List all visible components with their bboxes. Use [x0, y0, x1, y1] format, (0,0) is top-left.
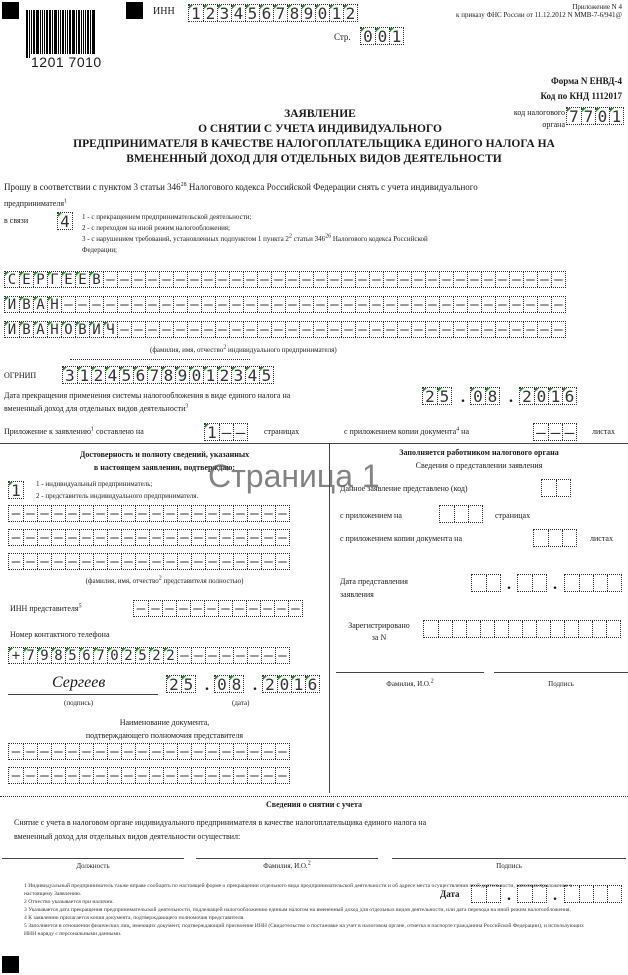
text: на	[459, 427, 469, 436]
input-cell: –	[247, 530, 261, 545]
signature-date-month[interactable]: 08	[214, 675, 244, 693]
input-cell: –	[313, 297, 327, 312]
input-cell: –	[411, 272, 425, 287]
input-cell: +	[9, 648, 23, 663]
deregistration-fio-line	[196, 858, 378, 859]
input-cell	[606, 621, 620, 637]
input-cell: 1	[389, 28, 403, 44]
input-cell: –	[537, 272, 551, 287]
submission-date-year[interactable]	[564, 574, 622, 592]
input-cell: 5	[437, 388, 451, 404]
title-line-4: ВМЕНЕННЫЙ ДОХОД ДЛЯ ОТДЕЛЬНЫХ ВИДОВ ДЕЯТ…	[0, 152, 628, 167]
input-cell: –	[218, 601, 232, 616]
input-cell: –	[117, 322, 131, 337]
input-cell: –	[425, 322, 439, 337]
barcode-bar	[67, 10, 68, 58]
input-cell: –	[439, 322, 453, 337]
input-cell: –	[191, 554, 205, 569]
input-cell: –	[135, 506, 149, 521]
ogrnip-label: ОГРНИП	[4, 371, 36, 380]
input-cell: Е	[61, 272, 75, 287]
barcode-number: 1201 7010	[30, 54, 103, 70]
input-cell: –	[271, 322, 285, 337]
authority-copy-label: с приложением копии документа на	[340, 534, 462, 543]
barcode-bar	[62, 10, 64, 58]
input-cell: –	[205, 530, 219, 545]
input-cell: –	[177, 648, 191, 663]
barcode-bar	[60, 10, 61, 58]
input-cell: 3	[231, 367, 245, 383]
reason-label: в связи	[4, 216, 28, 225]
input-cell: В	[19, 322, 33, 337]
input-cell: –	[411, 322, 425, 337]
input-cell: –	[51, 506, 65, 521]
confirm-heading-2: в настоящем заявлении, подтверждаю:	[0, 461, 329, 474]
input-cell: 0	[595, 108, 609, 124]
input-cell	[454, 506, 468, 522]
input-cell: А	[33, 297, 47, 312]
input-cell: 0	[189, 367, 203, 383]
surname-field[interactable]: СЕРГЕЕВ–––––––––––––––––––––––––––––––––	[4, 271, 566, 288]
input-cell: –	[219, 744, 233, 759]
input-cell: –	[219, 648, 233, 663]
signature-date-day[interactable]: 25	[166, 675, 196, 693]
input-cell: –	[37, 744, 51, 759]
input-cell: –	[257, 297, 271, 312]
authority-document-line-1[interactable]: ––––––––––––––––––––	[8, 743, 290, 760]
input-cell: –	[548, 424, 562, 440]
authority-pages-label: с приложением на	[340, 511, 402, 520]
input-cell	[593, 886, 607, 902]
input-cell: –	[219, 768, 233, 783]
input-cell: 1	[609, 108, 623, 124]
input-cell: 0	[315, 5, 329, 21]
input-cell: –	[537, 297, 551, 312]
patronymic-field[interactable]: ИВАНОВИЧ––––––––––––––––––––––––––––––––	[4, 321, 566, 338]
input-cell: –	[89, 297, 103, 312]
representative-name-field[interactable]: ––––––––––––––––––––	[8, 529, 290, 546]
barcode-bars	[26, 10, 116, 58]
input-cell: –	[215, 322, 229, 337]
input-cell: –	[271, 272, 285, 287]
barcode-bar	[31, 10, 32, 58]
input-cell: –	[201, 322, 215, 337]
inn-field[interactable]: 123456789012	[188, 4, 358, 22]
input-cell: –	[107, 554, 121, 569]
input-cell	[424, 621, 438, 637]
input-cell	[593, 575, 607, 591]
section-divider-dotted	[0, 796, 628, 797]
sup: 1	[64, 198, 67, 204]
input-cell: 4	[245, 367, 259, 383]
authority-copy-field[interactable]	[533, 529, 577, 547]
deregistration-text-1: Снятие с учета в налоговом органе индиви…	[14, 816, 624, 830]
input-cell: –	[135, 530, 149, 545]
input-cell: –	[247, 554, 261, 569]
input-cell: 5	[181, 676, 195, 692]
input-cell	[494, 621, 508, 637]
input-cell: 2	[91, 367, 105, 383]
input-cell: 1	[203, 367, 217, 383]
input-cell: –	[37, 554, 51, 569]
input-cell: –	[121, 506, 135, 521]
input-cell: –	[149, 768, 163, 783]
input-cell: –	[163, 744, 177, 759]
input-cell	[534, 530, 548, 546]
input-cell: –	[260, 601, 274, 616]
input-cell: –	[369, 272, 383, 287]
registration-number-field[interactable]	[423, 620, 621, 638]
termination-month[interactable]: 08	[470, 387, 500, 405]
attachment-copy-unit: листах	[592, 427, 615, 436]
input-cell: О	[61, 322, 75, 337]
input-cell: –	[232, 601, 246, 616]
input-cell	[472, 575, 486, 591]
reason-field[interactable]: 4	[57, 212, 73, 230]
input-cell: –	[107, 744, 121, 759]
input-cell: –	[159, 322, 173, 337]
input-cell: –	[275, 530, 289, 545]
input-cell: –	[247, 768, 261, 783]
input-cell: –	[467, 272, 481, 287]
input-cell: –	[145, 322, 159, 337]
input-cell: –	[257, 322, 271, 337]
input-cell: –	[107, 506, 121, 521]
input-cell: –	[467, 297, 481, 312]
barcode: 1201 7010	[26, 10, 116, 70]
input-cell: 2	[520, 388, 534, 404]
name-field[interactable]: ИВАН––––––––––––––––––––––––––––––––––––	[4, 296, 566, 313]
barcode-bar	[92, 10, 95, 58]
input-cell: –	[271, 297, 285, 312]
barcode-bar	[44, 10, 45, 58]
submission-date-day[interactable]	[471, 574, 501, 592]
input-cell: –	[145, 272, 159, 287]
barcode-bar	[58, 10, 59, 58]
input-cell: В	[75, 322, 89, 337]
input-cell: 2	[263, 676, 277, 692]
input-cell: 2	[149, 648, 163, 663]
input-cell: –	[163, 768, 177, 783]
attachment-pages-unit: страницах	[264, 427, 299, 436]
input-cell: –	[205, 744, 219, 759]
input-cell: 1	[548, 388, 562, 404]
input-cell: –	[495, 297, 509, 312]
attachment-copy-label: с приложением копии документа4 на	[344, 427, 469, 436]
authority-pages-unit: страницах	[495, 511, 530, 520]
input-cell: –	[163, 530, 177, 545]
barcode-bar	[36, 10, 39, 58]
input-cell: –	[246, 601, 260, 616]
doc-heading-2: подтверждающего полномочия представителя	[0, 729, 329, 742]
input-cell: –	[299, 297, 313, 312]
input-cell: 9	[175, 367, 189, 383]
request-text-3: предпринимателя	[4, 199, 64, 208]
input-cell: –	[411, 297, 425, 312]
input-cell: –	[148, 601, 162, 616]
authority-subheading: Сведения о представлении заявления	[330, 461, 628, 470]
authority-pages-field[interactable]	[439, 505, 483, 523]
input-cell: –	[523, 322, 537, 337]
input-cell: –	[9, 530, 23, 545]
input-cell: –	[481, 272, 495, 287]
input-cell	[532, 575, 546, 591]
date-caption: (дата)	[232, 699, 249, 707]
title-line-1: ЗАЯВЛЕНИЕ	[60, 107, 580, 122]
input-cell: Н	[47, 297, 61, 312]
text: ИНН представителя	[10, 604, 79, 613]
form-title: ЗАЯВЛЕНИЕ О СНЯТИИ С УЧЕТА ИНДИВИДУАЛЬНО…	[60, 107, 580, 137]
input-cell: –	[261, 506, 275, 521]
input-cell: 5	[245, 5, 259, 21]
input-cell: –	[355, 272, 369, 287]
input-cell: –	[261, 554, 275, 569]
input-cell: 9	[301, 5, 315, 21]
footnotes: 1 Индивидуальный предприниматель также в…	[24, 882, 584, 938]
input-cell: –	[453, 322, 467, 337]
input-cell: –	[51, 554, 65, 569]
termination-date-label: Дата прекращения применения системы нало…	[4, 391, 290, 413]
input-cell: 8	[51, 648, 65, 663]
barcode-bar	[72, 10, 75, 58]
page-number-field[interactable]: 001	[360, 27, 404, 45]
input-cell: –	[37, 506, 51, 521]
doc-heading: Наименование документа, подтверждающего …	[0, 716, 329, 742]
knd-code: Код по КНД 1112017	[540, 91, 622, 101]
input-cell: –	[191, 744, 205, 759]
input-cell: –	[285, 322, 299, 337]
request-text-2: Налогового кодекса Российской Федерации …	[187, 182, 478, 192]
fio-caption: (фамилия, имя, отчество2 индивидуального…	[150, 346, 337, 354]
attachment-copy-field[interactable]: –––	[533, 423, 577, 441]
input-cell: –	[327, 272, 341, 287]
barcode-bar	[90, 10, 91, 58]
appendix-line-1: Приложение N 4	[362, 3, 622, 11]
title-line-2: О СНЯТИИ С УЧЕТА ИНДИВИДУАЛЬНОГО	[60, 122, 580, 137]
input-cell: –	[65, 530, 79, 545]
confirm-heading: Достоверность и полноту сведений, указан…	[0, 448, 329, 474]
reason-option-3-cont: Федерации;	[82, 245, 602, 256]
submitted-code-field[interactable]	[541, 479, 571, 497]
input-cell	[579, 575, 593, 591]
input-cell: –	[121, 554, 135, 569]
input-cell: –	[9, 744, 23, 759]
input-cell: –	[79, 506, 93, 521]
barcode-bar	[78, 10, 80, 58]
confirm-option-2: 2 - представитель индивидуального предпр…	[36, 490, 198, 502]
deregistration-text-2: вмененный доход для отдельных видов деят…	[14, 830, 624, 844]
input-cell: –	[275, 648, 289, 663]
input-cell: В	[19, 297, 33, 312]
input-cell: –	[205, 506, 219, 521]
confirm-heading-1: Достоверность и полноту сведений, указан…	[0, 448, 329, 461]
input-cell: –	[275, 554, 289, 569]
barcode-bar	[65, 10, 66, 58]
sup: 3	[185, 403, 188, 409]
input-cell: –	[229, 322, 243, 337]
footnote: 1 Индивидуальный предприниматель также в…	[24, 882, 584, 898]
input-cell: –	[187, 297, 201, 312]
input-cell: 7	[147, 367, 161, 383]
input-cell: –	[61, 297, 75, 312]
input-cell: –	[288, 601, 302, 616]
attachment-label: Приложение к заявлению1 составлено на	[4, 427, 144, 436]
request-text-1: Прошу в соответствии с пунктом 3 статьи …	[4, 182, 181, 192]
registered-label-1: Зарегистрировано	[334, 620, 424, 632]
input-cell: –	[205, 554, 219, 569]
signature-line	[8, 694, 158, 695]
barcode-bar	[69, 10, 71, 58]
input-cell: –	[551, 322, 565, 337]
input-cell: –	[243, 272, 257, 287]
inn-label: ИНН	[153, 6, 175, 17]
input-cell: –	[233, 554, 247, 569]
ogrnip-field[interactable]: 312456789012345	[62, 366, 274, 384]
representative-inn-field[interactable]: ––––––––––––	[133, 600, 303, 617]
input-cell: –	[103, 297, 117, 312]
input-cell: –	[397, 297, 411, 312]
input-cell: –	[275, 506, 289, 521]
corner-marker-top-left	[2, 2, 19, 19]
barcode-bar	[49, 10, 51, 58]
input-cell: 6	[259, 5, 273, 21]
authority-document-line-2[interactable]: ––––––––––––––––––––	[8, 767, 290, 784]
input-cell: –	[177, 506, 191, 521]
authority-heading: Заполняется работником налогового органа	[330, 448, 628, 457]
text: Налогового кодекса Российской	[331, 235, 428, 243]
input-cell: –	[551, 297, 565, 312]
input-cell: –	[313, 322, 327, 337]
input-cell	[562, 530, 576, 546]
input-cell: 0	[215, 676, 229, 692]
input-cell	[486, 575, 500, 591]
input-cell: –	[145, 297, 159, 312]
input-cell: –	[274, 601, 288, 616]
representative-patronymic-field[interactable]: ––––––––––––––––––––	[8, 553, 290, 570]
authority-copy-unit: листах	[590, 534, 613, 543]
submission-date-month[interactable]	[517, 574, 547, 592]
input-cell: –	[163, 554, 177, 569]
input-cell: 1	[205, 424, 219, 440]
input-cell: –	[247, 648, 261, 663]
input-cell	[556, 480, 570, 496]
input-cell: –	[159, 297, 173, 312]
text: с приложением копии документа	[344, 427, 456, 436]
input-cell: –	[191, 506, 205, 521]
input-cell: –	[159, 272, 173, 287]
input-cell: –	[121, 768, 135, 783]
input-cell: –	[201, 272, 215, 287]
registered-label-2: за N	[334, 632, 424, 644]
input-cell	[542, 480, 556, 496]
text: 3 - с нарушением требований, установленн…	[82, 235, 289, 243]
input-cell: И	[89, 322, 103, 337]
input-cell: –	[149, 506, 163, 521]
input-cell: –	[187, 322, 201, 337]
page-label: Стр.	[334, 32, 351, 42]
input-cell: 6	[305, 676, 319, 692]
input-cell: –	[229, 272, 243, 287]
input-cell: –	[93, 768, 107, 783]
input-cell: –	[341, 297, 355, 312]
input-cell: И	[5, 297, 19, 312]
deregistration-text: Снятие с учета в налоговом органе индиви…	[14, 816, 624, 844]
input-cell: И	[5, 322, 19, 337]
input-cell: Г	[47, 272, 61, 287]
confirm-option-1: 1 - индивидуальный предприниматель;	[36, 478, 198, 490]
input-cell: –	[233, 768, 247, 783]
input-cell: –	[162, 601, 176, 616]
input-cell: 0	[277, 676, 291, 692]
input-cell: –	[176, 601, 190, 616]
input-cell: Р	[33, 272, 47, 287]
input-cell: –	[562, 424, 576, 440]
representative-surname-field[interactable]: ––––––––––––––––––––	[8, 505, 290, 522]
input-cell	[578, 621, 592, 637]
input-cell: –	[79, 530, 93, 545]
input-cell: –	[397, 322, 411, 337]
input-cell: –	[107, 768, 121, 783]
input-cell: 4	[105, 367, 119, 383]
input-cell: 5	[135, 648, 149, 663]
confirm-type-field[interactable]: 1	[8, 481, 24, 499]
input-cell: 1	[189, 5, 203, 21]
column-divider	[329, 443, 330, 793]
request-text-line2: предпринимателя1	[4, 199, 67, 208]
sup: 2	[308, 861, 311, 867]
input-cell: –	[481, 297, 495, 312]
text: Фамилия, И.О.	[263, 862, 307, 870]
input-cell: –	[204, 601, 218, 616]
text: (фамилия, имя, отчество	[86, 577, 159, 585]
registered-label: Зарегистрировано за N	[334, 620, 424, 644]
barcode-bar	[26, 10, 28, 58]
input-cell: 0	[534, 388, 548, 404]
barcode-bar	[52, 10, 53, 58]
phone-field[interactable]: +79856702522––––––––	[8, 647, 290, 664]
input-cell	[564, 621, 578, 637]
termination-label-2: вмененный доход для отдельных видов деят…	[4, 404, 290, 413]
input-cell	[550, 621, 564, 637]
attachment-pages-field[interactable]: 1––	[204, 423, 248, 441]
input-cell: –	[534, 424, 548, 440]
termination-day[interactable]: 25	[422, 387, 452, 405]
termination-year[interactable]: 2016	[519, 387, 577, 405]
input-cell	[508, 621, 522, 637]
input-cell: –	[173, 272, 187, 287]
input-cell: –	[219, 424, 233, 440]
input-cell: –	[51, 530, 65, 545]
input-cell: 3	[63, 367, 77, 383]
input-cell: –	[261, 744, 275, 759]
input-cell: 2	[423, 388, 437, 404]
input-cell: –	[215, 297, 229, 312]
input-cell	[607, 886, 621, 902]
input-cell: 6	[133, 367, 147, 383]
input-cell: –	[135, 768, 149, 783]
input-cell: –	[190, 601, 204, 616]
section-divider	[0, 443, 628, 444]
input-cell: 4	[231, 5, 245, 21]
input-cell: В	[89, 272, 103, 287]
input-cell: 7	[273, 5, 287, 21]
signature-date-year[interactable]: 2016	[262, 675, 320, 693]
input-cell: –	[481, 322, 495, 337]
input-cell: –	[369, 322, 383, 337]
input-cell: –	[9, 506, 23, 521]
input-cell	[536, 621, 550, 637]
input-cell: –	[37, 768, 51, 783]
